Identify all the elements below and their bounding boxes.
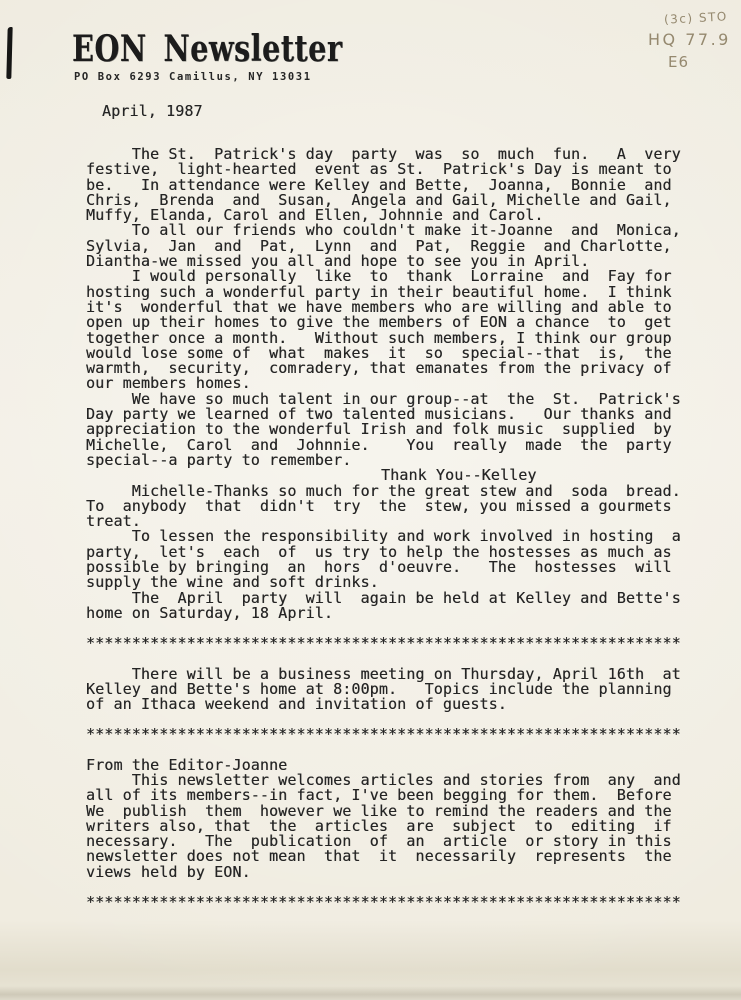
newsletter-address: PO Box 6293 Camillus, NY 13031 [74,71,312,83]
paragraph-april-party: The April party will again be held at Ke… [86,591,692,622]
page-bottom-edge [0,986,741,1000]
paragraph-hosting-help: To lessen the responsibility and work in… [86,529,692,590]
paragraph-missed-friends: To all our friends who couldn't make it-… [86,223,692,269]
asterisk-separator-2: ****************************************… [86,727,692,742]
handwritten-annotation-2: HQ 77.9 [648,30,731,49]
handwritten-annotation-3: E6 [668,53,689,71]
paragraph-stew-thanks: Michelle-Thanks so much for the great st… [86,484,692,530]
newsletter-page: EON Newsletter PO Box 6293 Camillus, NY … [0,0,741,1000]
paragraph-group-talent: We have so much talent in our group--at … [86,392,692,468]
scan-edge-mark [6,27,12,79]
asterisk-separator-1: ****************************************… [86,636,692,651]
newsletter-body: The St. Patrick's day party was so much … [86,147,692,910]
paragraph-business-meeting: There will be a business meeting on Thur… [86,667,692,713]
paragraph-st-patricks-party: The St. Patrick's day party was so much … [86,147,692,223]
paragraph-thank-hosts: I would personally like to thank Lorrain… [86,269,692,391]
paragraph-from-editor: This newsletter welcomes articles and st… [86,773,692,880]
asterisk-separator-3: ****************************************… [86,895,692,910]
newsletter-title: EON Newsletter [72,30,342,68]
handwritten-annotation-1: (3c) STO [664,9,728,26]
date-line: April, 1987 [102,104,203,119]
